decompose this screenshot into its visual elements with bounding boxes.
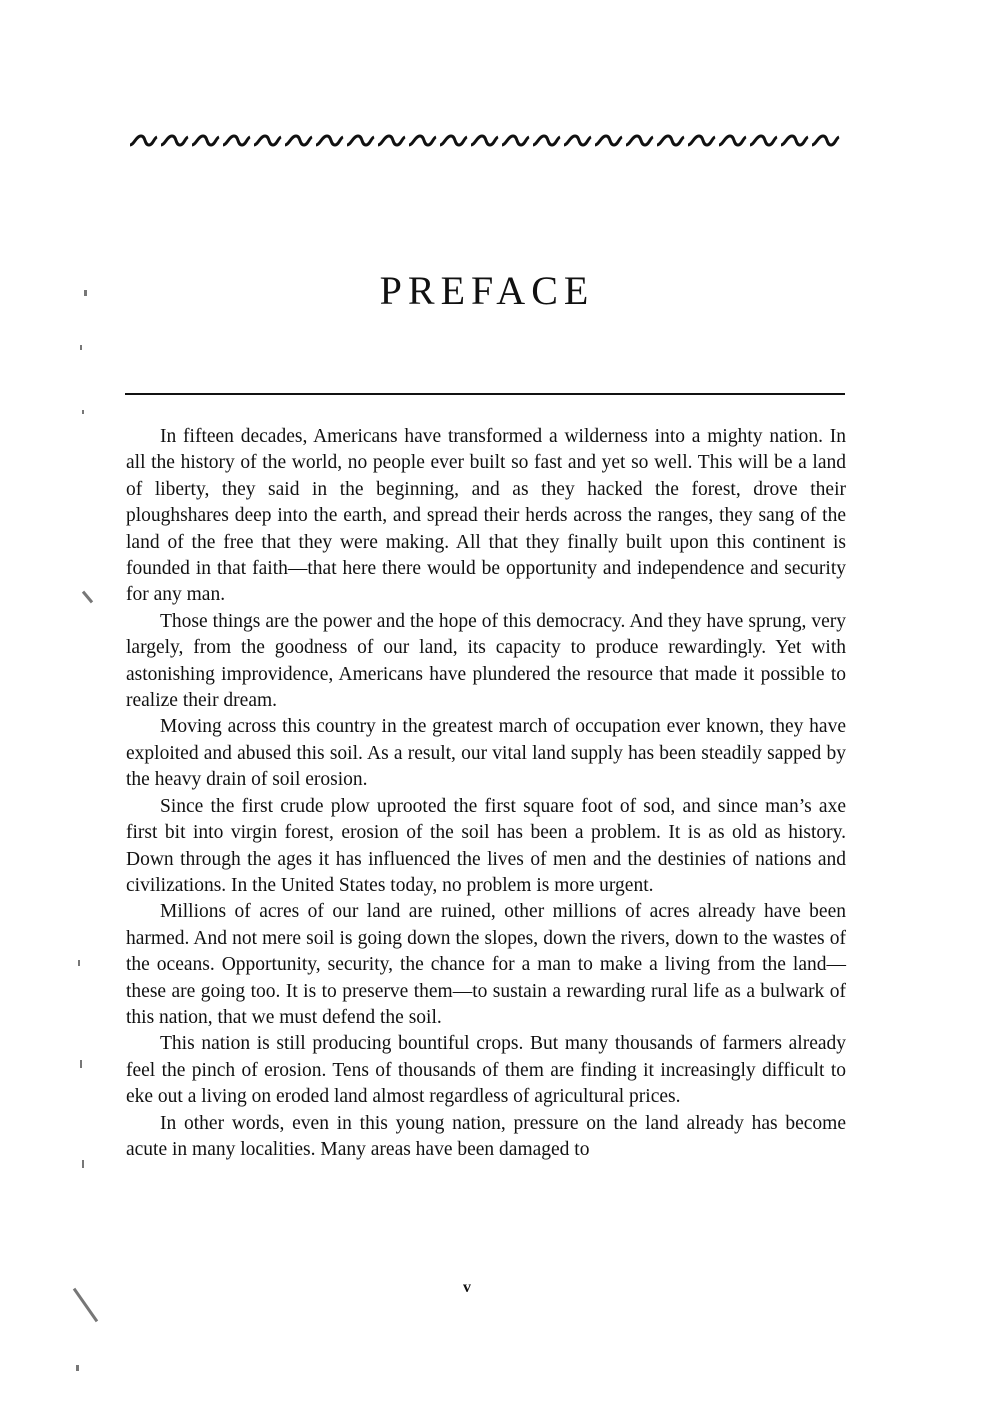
scan-artifact bbox=[82, 591, 93, 604]
title-divider bbox=[125, 393, 845, 395]
scan-artifact bbox=[78, 960, 80, 966]
paragraph: This nation is still producing bountiful… bbox=[126, 1031, 846, 1110]
wave-border-ornament-icon bbox=[128, 130, 843, 152]
scan-artifact bbox=[82, 410, 84, 414]
scan-artifact bbox=[82, 1160, 84, 1168]
scan-artifact bbox=[80, 1060, 82, 1068]
page-title: PREFACE bbox=[0, 267, 974, 314]
scan-artifact bbox=[76, 1365, 79, 1371]
page-number: v bbox=[0, 1279, 934, 1297]
paragraph: Those things are the power and the hope … bbox=[126, 609, 846, 715]
paragraph: Since the first crude plow uprooted the … bbox=[126, 794, 846, 900]
paragraph: In fifteen decades, Americans have trans… bbox=[126, 424, 846, 609]
scan-artifact bbox=[80, 345, 82, 350]
scan-artifact bbox=[84, 290, 87, 296]
preface-body: In fifteen decades, Americans have trans… bbox=[126, 424, 846, 1163]
paragraph: Moving across this country in the greate… bbox=[126, 714, 846, 793]
paragraph: In other words, even in this young natio… bbox=[126, 1111, 846, 1164]
paragraph: Millions of acres of our land are ruined… bbox=[126, 899, 846, 1031]
